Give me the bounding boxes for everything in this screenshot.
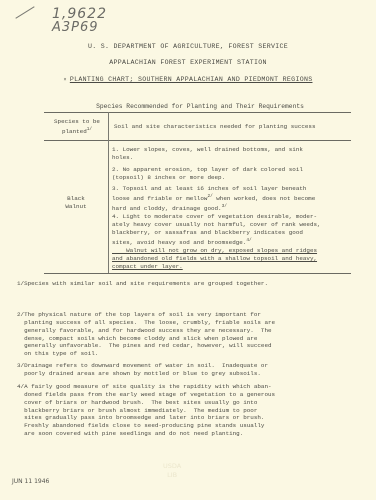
department-heading: U. S. DEPARTMENT OF AGRICULTURE, FOREST … — [0, 43, 376, 50]
table-column-divider — [108, 112, 109, 273]
table-bottom-rule — [44, 273, 351, 274]
species-column-header: Species to beplanted1/ — [49, 118, 105, 136]
footnote-4: 4/A fairly good measure of site quality … — [17, 368, 275, 445]
requirement-item-3: 3. Topsoil and at least 16 inches of soi… — [112, 185, 315, 213]
species-name: BlackWalnut — [56, 195, 96, 211]
soil-column-header: Soil and site characteristics needed for… — [114, 123, 316, 131]
requirement-item-1: 1. Lower slopes, coves, well drained bot… — [112, 146, 303, 162]
received-date-stamp: JUN 11 1946 — [12, 478, 49, 485]
library-stamp: USDALIB — [163, 462, 181, 480]
requirement-item-4: 4. Light to moderate cover of vegetation… — [112, 213, 321, 247]
table-top-rule — [44, 112, 351, 113]
footnote-1: 1/Species with similar soil and site req… — [17, 280, 268, 288]
station-heading: APPALACHIAN FOREST EXPERIMENT STATION — [0, 59, 376, 66]
handwritten-slash-mark — [15, 6, 34, 19]
table-header-rule — [44, 140, 351, 141]
chart-title-text: PLANTING CHART; SOUTHERN APPALACHIAN AND… — [70, 76, 313, 83]
handwritten-call-number-2: A3P69 — [52, 20, 99, 35]
table-title: Species Recommended for Planting and The… — [50, 103, 350, 110]
check-mark: × — [64, 77, 67, 83]
chart-title: ×PLANTING CHART; SOUTHERN APPALACHIAN AN… — [0, 76, 376, 83]
requirement-item-2: 2. No apparent erosion, top layer of dar… — [112, 166, 303, 182]
walnut-warning-note: Walnut will not grow on dry, exposed slo… — [112, 247, 317, 271]
